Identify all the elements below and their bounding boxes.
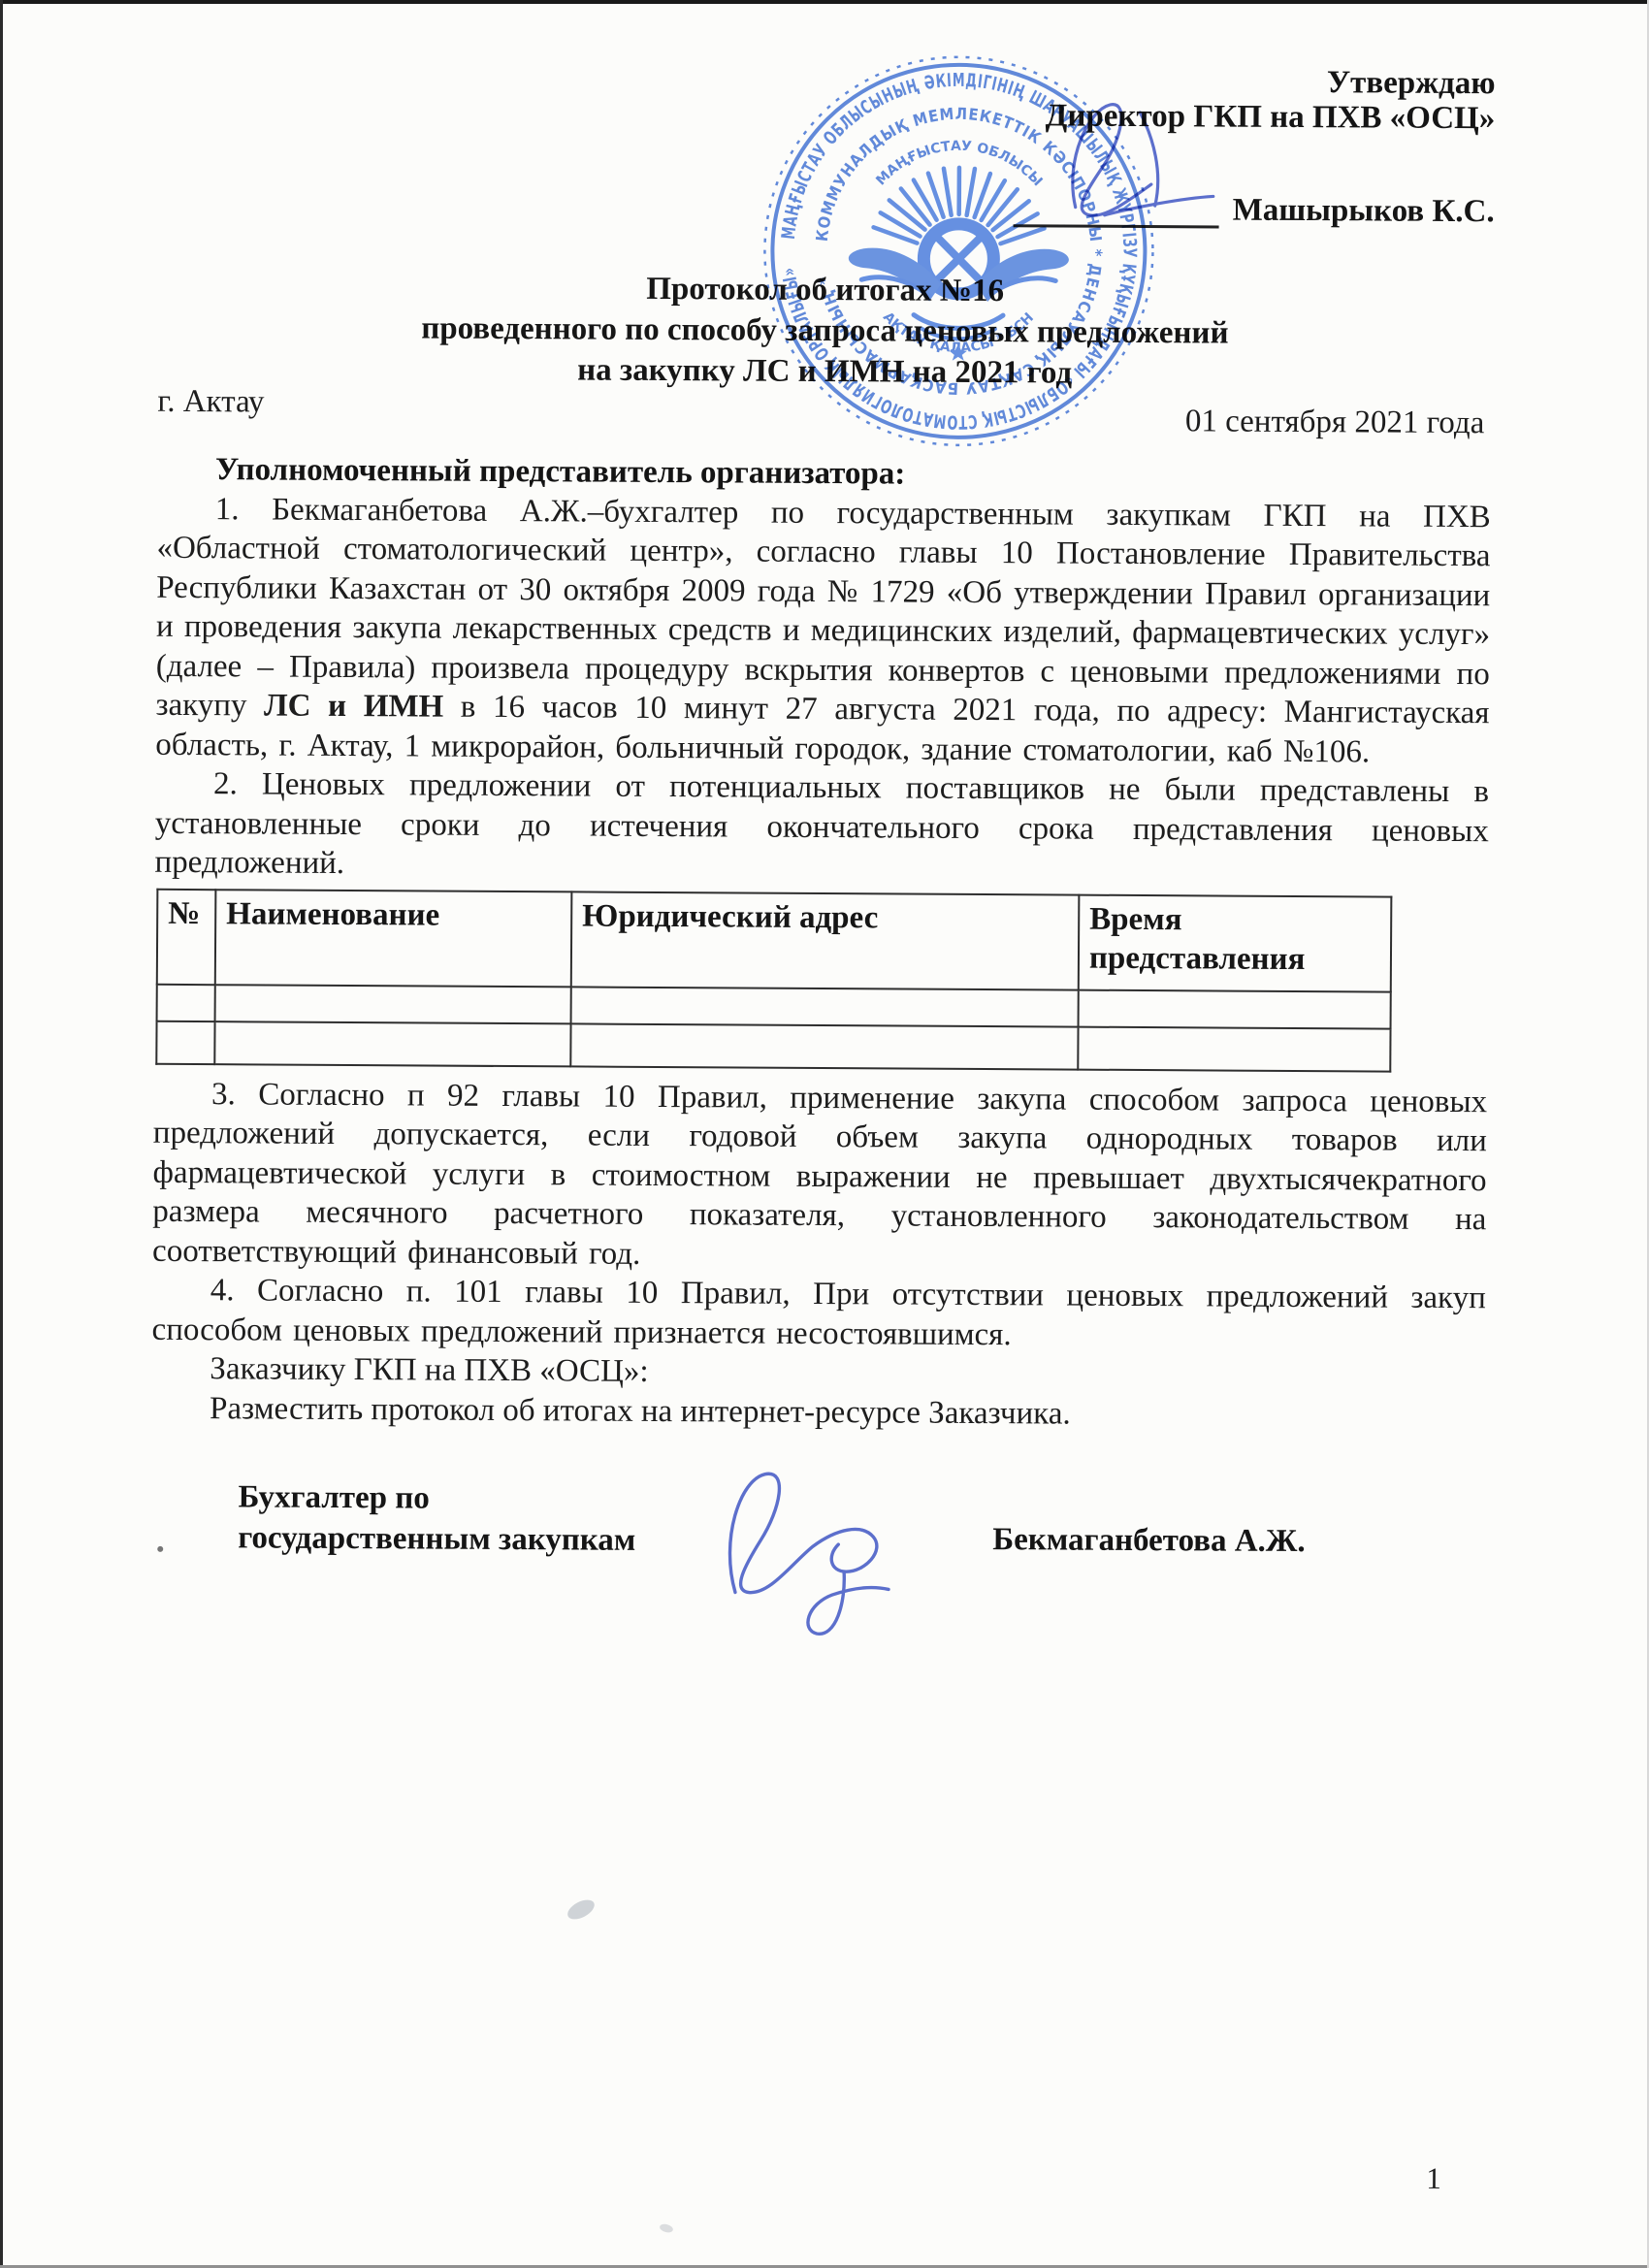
table-header-address: Юридический адрес [571, 891, 1080, 989]
accountant-signature [698, 1446, 942, 1657]
paragraph-2: 2. Ценовых предложении от потенциальных … [154, 764, 1489, 891]
accountant-name: Бекмаганбетова А.Ж. [992, 1522, 1306, 1560]
paragraph-1-bold: ЛС и ИМН [264, 688, 443, 724]
scan-edge-left [0, 0, 3, 2268]
director-name: Машырыков К.С. [1233, 193, 1495, 230]
approval-title: Утверждаю [1046, 63, 1496, 101]
table-header-time-text: Время представления [1089, 899, 1303, 978]
accountant-signature-block: Бухгалтер по государственным закупкам Бе… [149, 1471, 1484, 1701]
scan-edge-top [0, 0, 1649, 4]
scan-smudge [659, 2222, 674, 2233]
place-date-row: г. Актау 01 сентября 2021 года [157, 384, 1484, 441]
paragraph-3: 3. Согласно п 92 главы 10 Правил, примен… [152, 1074, 1487, 1279]
results-table: № Наименование Юридический адрес Время п… [155, 888, 1392, 1072]
approval-director-line: Директор ГКП на ПХВ «ОСЦ» [1046, 98, 1496, 136]
scan-smudge [565, 1895, 598, 1923]
table-header-time: Время представления [1079, 894, 1392, 991]
table-row [156, 1021, 1390, 1071]
accountant-role: Бухгалтер по государственным закупкам [238, 1476, 636, 1561]
accountant-role-line-2: государственным закупкам [238, 1517, 635, 1561]
paragraph-4: 4. Согласно п. 101 главы 10 Правил, При … [151, 1271, 1485, 1357]
document-title: Протокол об итогах №16 проведенного по с… [158, 266, 1493, 396]
paragraph-1: 1. Бекмаганбетова А.Ж.–бухгалтер по госу… [155, 489, 1491, 772]
document-date: 01 сентября 2021 года [1185, 390, 1485, 441]
scan-speck [157, 1546, 163, 1552]
document-body: Уполномоченный представитель организатор… [151, 450, 1491, 1436]
accountant-role-line-1: Бухгалтер по [238, 1476, 635, 1520]
stamp-inner-top-text: МАҢҒЫСТАУ ОБЛЫСЫ [873, 138, 1046, 189]
table-header-row: № Наименование Юридический адрес Время п… [157, 889, 1392, 991]
document-page: МАҢҒЫСТАУ ОБЛЫСЫНЫҢ ӘКІМДІГІНІҢ ШАРУАШЫЛ… [0, 0, 1649, 2268]
svg-text:МАҢҒЫСТАУ ОБЛЫСЫ: МАҢҒЫСТАУ ОБЛЫСЫ [873, 138, 1046, 189]
approval-block: Утверждаю Директор ГКП на ПХВ «ОСЦ» [1046, 63, 1496, 136]
table-header-number: № [157, 889, 216, 984]
page-number: 1 [1426, 2161, 1441, 2196]
table-header-name: Наименование [215, 890, 572, 987]
signature-line [1014, 193, 1219, 228]
director-signature-row: Машырыков К.С. [1014, 191, 1495, 230]
paragraph-6: Разместить протокол об итогах на интерне… [151, 1388, 1485, 1436]
place-city: г. Актау [157, 384, 264, 435]
